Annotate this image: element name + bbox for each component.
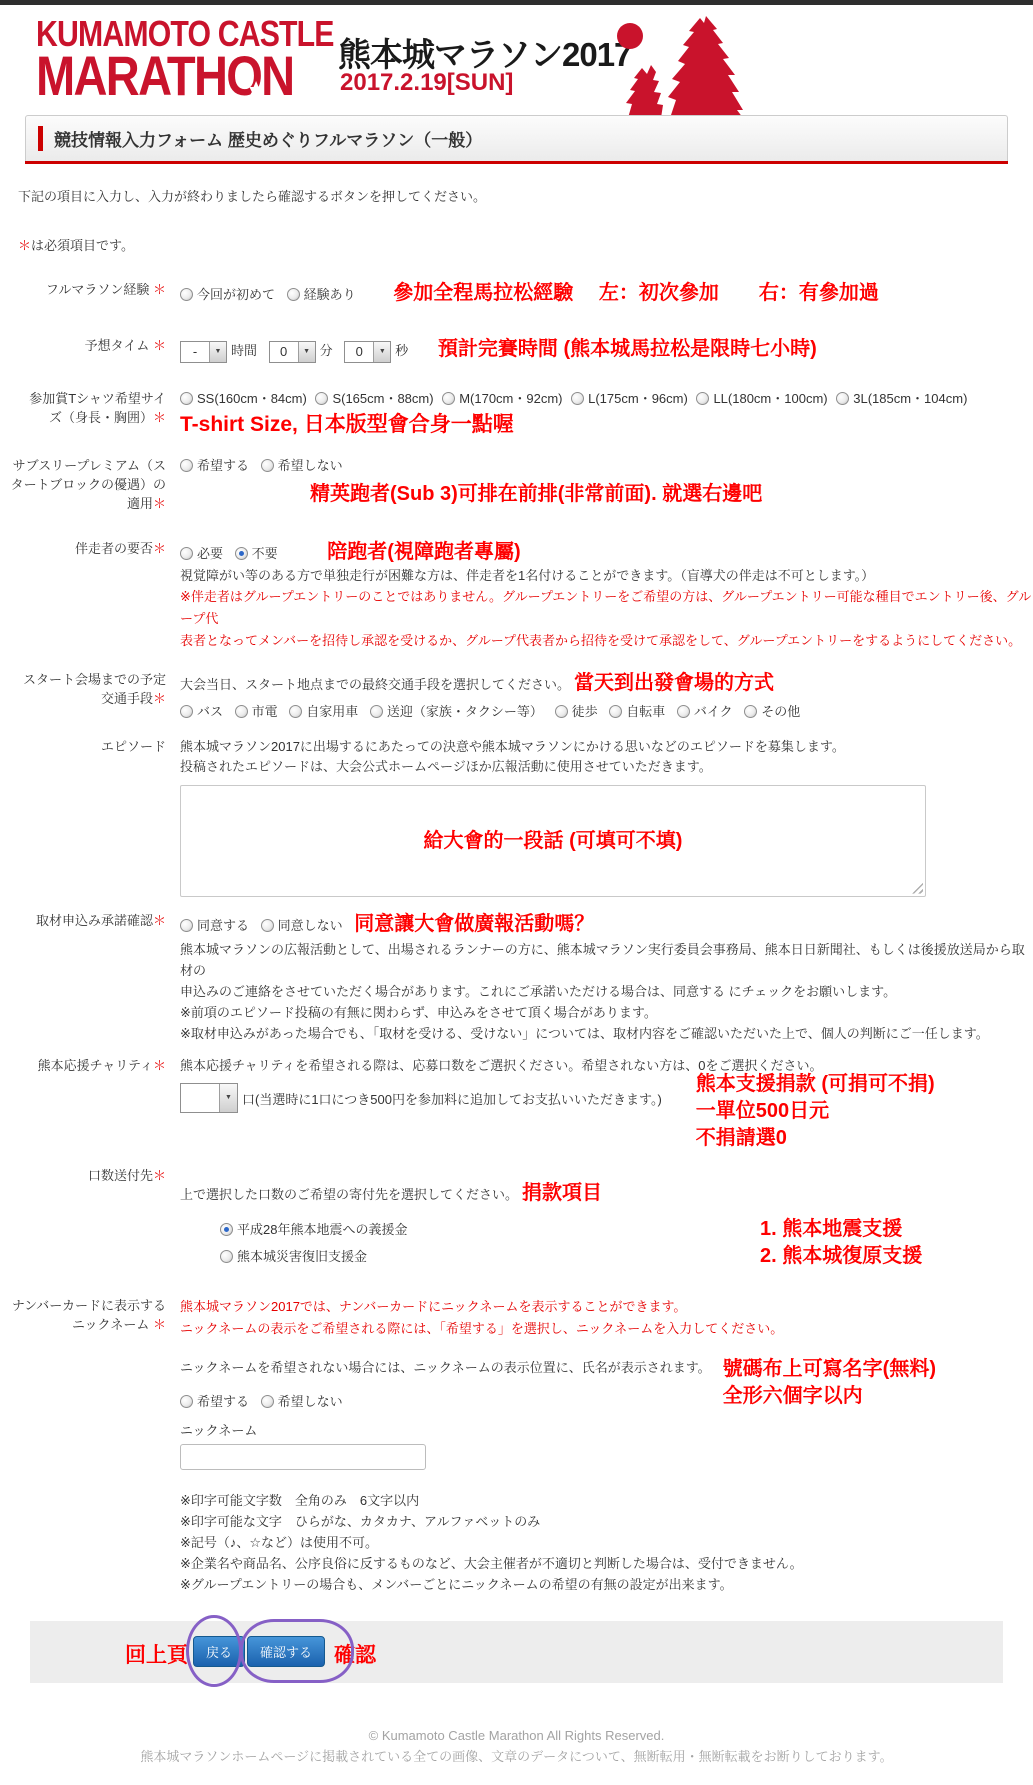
hour-unit-label: 時間 (231, 343, 257, 358)
radio-label[interactable]: S(165cm・88cm) (332, 391, 433, 406)
dropdown-arrow-icon[interactable]: ▼ (373, 342, 390, 362)
radio-label[interactable]: LL(180cm・100cm) (713, 391, 827, 406)
required-note: ＊は必須項目です。 (18, 235, 1033, 254)
annotation-time: 預計完賽時間 (熊本城馬拉松是限時七小時) (438, 338, 817, 360)
radio-consent-agree[interactable] (180, 919, 193, 932)
nickname-red-desc: ニックネームの表示をご希望される際には、「希望する」を選択し、ニックネームを入力… (180, 1318, 1033, 1340)
pacer-warning: 表者となってメンバーを招待し承認を受けるか、グループ代表者から招待を受けて承認を… (180, 630, 1033, 652)
page-header: KUMAMOTO CASTLE MARATHON 熊本城マラソン2017 201… (0, 5, 1033, 115)
confirm-button[interactable]: 確認する (247, 1636, 325, 1667)
field-label: 予想タイム ＊ (0, 336, 166, 363)
transport-options: バス 市電 自家用車 送迎（家族・タクシー等） 徒歩 自転車 バイク その他 (180, 702, 1033, 721)
footer-notice: 熊本城マラソンホームページに掲載されている全ての画像、文章のデータについて、無断… (0, 1746, 1033, 1767)
logo-line2: MARATHON (36, 50, 334, 102)
field-label: サブスリープレミアム（ス タートブロックの優遇）の 適用＊ (0, 456, 166, 513)
row-interview-consent: 取材申込み承諾確認＊ 同意する 同意しない 同意讓大會做廣報活動嗎？ 熊本城マラ… (0, 911, 1033, 1044)
annotation-interview: 同意讓大會做廣報活動嗎？ (354, 913, 594, 935)
pacer-note: 視覚障がい等のある方で単独走行が困難な方は、伴走者を1名付けることができます。（… (180, 565, 1033, 586)
radio-subthree-yes[interactable] (180, 459, 193, 472)
radio-size-l[interactable] (571, 392, 584, 405)
annotation-confirm: 確認 (334, 1639, 376, 1669)
nickname-red-desc: 熊本城マラソン2017では、ナンバーカードにニックネームを表示することができます… (180, 1296, 1033, 1318)
interview-note: ※前項のエピソード投稿の有無に関わらず、申込みをさせて頂く場合があります。 (180, 1002, 1033, 1023)
nickname-notes: ※印字可能文字数 全角のみ 6文字以内 ※印字可能な文字 ひらがな、カタカナ、ア… (180, 1490, 1033, 1595)
transport-instruction: 大会当日、スタート地点までの最終交通手段を選択してください。 (180, 677, 570, 692)
second-select[interactable]: 0▼ (344, 341, 391, 363)
dropdown-arrow-icon[interactable]: ▼ (209, 342, 226, 362)
field-label: 熊本応援チャリティ＊ (0, 1056, 166, 1152)
annotation-subthree: 精英跑者(Sub 3)可排在前排(非常前面). 就選右邊吧 (310, 481, 1033, 507)
radio-label[interactable]: 同意する (197, 918, 249, 933)
dropdown-arrow-icon[interactable]: ▼ (298, 342, 315, 362)
page-footer: © Kumamoto Castle Marathon All Rights Re… (0, 1725, 1033, 1785)
sun-circle-icon (617, 23, 643, 49)
radio-nickname-yes[interactable] (180, 1395, 193, 1408)
radio-size-m[interactable] (442, 392, 455, 405)
nickname-input-label: ニックネーム (180, 1421, 1033, 1440)
field-label: ナンバーカードに表示する ニックネーム ＊ (0, 1296, 166, 1595)
row-transport: スタート会場までの予定 交通手段＊ 大会当日、スタート地点までの最終交通手段を選… (0, 670, 1033, 721)
dropdown-arrow-icon[interactable]: ▼ (219, 1084, 237, 1112)
radio-label[interactable]: 希望する (197, 1394, 249, 1409)
donation-instruction: 上で選択した口数のご希望の寄付先を選択してください。 (180, 1187, 518, 1202)
interview-note: ※取材申込みがあった場合でも、「取材を受ける、受けない」については、取材内容をご… (180, 1023, 1033, 1044)
charity-units-select[interactable]: ▼ (180, 1083, 238, 1113)
interview-desc: 熊本城マラソンの広報活動として、出場されるランナーの方に、熊本城マラソン実行委員… (180, 939, 1033, 981)
back-button[interactable]: 戻る (193, 1636, 245, 1667)
nickname-input[interactable] (180, 1444, 426, 1470)
radio-label[interactable]: 自家用車 (306, 704, 358, 719)
radio-bus[interactable] (180, 705, 193, 718)
radio-consent-disagree[interactable] (261, 919, 274, 932)
red-divider (25, 161, 1008, 164)
donation-options: 平成28年熊本地震への義援金 熊本城災害復旧支援金 (220, 1216, 760, 1270)
annotation-tshirt: T-shirt Size, 日本版型會合身一點喔 (180, 412, 1033, 438)
radio-label[interactable]: その他 (761, 704, 800, 719)
annotation-donation-list: 1. 熊本地震支援 2. 熊本城復原支援 (760, 1216, 922, 1270)
annotation-experience: 參加全程馬拉松經驗 左：初次參加 右：有參加過 (393, 282, 879, 304)
minute-select[interactable]: 0▼ (269, 341, 316, 363)
row-nickname: ナンバーカードに表示する ニックネーム ＊ 熊本城マラソン2017では、ナンバー… (0, 1296, 1033, 1595)
radio-label[interactable]: バイク (694, 704, 733, 719)
radio-tram[interactable] (235, 705, 248, 718)
radio-experienced[interactable] (287, 288, 300, 301)
radio-dropoff[interactable] (370, 705, 383, 718)
resize-grip-icon[interactable] (912, 883, 923, 894)
episode-desc: 投稿されたエピソードは、大会公式ホームページほか広報活動に使用させていただきます… (180, 757, 1033, 777)
radio-label[interactable]: 平成28年熊本地震への義援金 (237, 1222, 407, 1237)
annotation-transport: 當天到出發會場的方式 (574, 672, 774, 694)
second-unit-label: 秒 (395, 343, 408, 358)
row-pacer: 伴走者の要否＊ 必要 不要 陪跑者(視障跑者專屬) 視覚障がい等のある方で単独走… (0, 539, 1033, 652)
radio-bicycle[interactable] (609, 705, 622, 718)
radio-pacer-needed[interactable] (180, 547, 193, 560)
interview-desc: 申込みのご連絡をさせていただく場合があります。これにご承諾いただける場合は、同意… (180, 981, 1033, 1002)
radio-own-car[interactable] (289, 705, 302, 718)
annotation-episode: 給大會的一段話 (可填可不填) (424, 828, 683, 854)
minute-unit-label: 分 (320, 343, 333, 358)
radio-castle-restoration-fund[interactable] (220, 1250, 233, 1263)
field-label: フルマラソン経験 ＊ (0, 280, 166, 306)
radio-size-s[interactable] (315, 392, 328, 405)
intro-text: 下記の項目に入力し、入力が終わりましたら確認するボタンを押してください。 (18, 186, 1033, 205)
episode-desc: 熊本城マラソン2017に出場するにあたっての決意や熊本城マラソンにかける思いなど… (180, 737, 1033, 757)
radio-label[interactable]: 3L(185cm・104cm) (853, 391, 967, 406)
radio-subthree-no[interactable] (261, 459, 274, 472)
form-title-bar: 競技情報入力フォーム 歴史めぐりフルマラソン（一般） (25, 115, 1008, 161)
radio-label[interactable]: 自転車 (626, 704, 665, 719)
annotation-nickname: 號碼布上可寫名字(無料) 全形六個字以内 (723, 1356, 936, 1410)
radio-label[interactable]: 必要 (197, 546, 223, 561)
radio-label[interactable]: バス (197, 704, 223, 719)
radio-walk[interactable] (555, 705, 568, 718)
radio-other[interactable] (744, 705, 757, 718)
row-donation-target: 口数送付先＊ 上で選択した口数のご希望の寄付先を選択してください。捐款項目 平成… (0, 1166, 1033, 1270)
copyright: © Kumamoto Castle Marathon All Rights Re… (0, 1725, 1033, 1746)
field-label: エピソード (0, 737, 166, 897)
annotation-pacer: 陪跑者(視障跑者專屬) (327, 541, 520, 563)
field-label: 口数送付先＊ (0, 1166, 166, 1270)
radio-nickname-no[interactable] (261, 1395, 274, 1408)
page-title: 競技情報入力フォーム 歴史めぐりフルマラソン（一般） (38, 126, 995, 151)
radio-label[interactable]: 希望しない (278, 458, 343, 473)
radio-label[interactable]: 経験あり (304, 287, 356, 302)
row-tshirt-size: 参加賞Tシャツ希望サイ ズ（身長・胸囲）＊ SS(160cm・84cm) S(1… (0, 389, 1033, 438)
annotation-charity: 熊本支援捐款 (可捐可不捐) 一單位500日元 不捐請選0 (696, 1071, 935, 1152)
hour-select[interactable]: -▼ (180, 341, 227, 363)
required-asterisk: ＊ (18, 238, 31, 253)
radio-label[interactable]: 今回が初めて (197, 287, 275, 302)
event-date: 2017.2.19[SUN] (340, 69, 513, 97)
radio-earthquake-fund[interactable] (220, 1223, 233, 1236)
radio-label[interactable]: 送迎（家族・タクシー等） (387, 704, 543, 719)
row-episode: エピソード 熊本城マラソン2017に出場するにあたっての決意や熊本城マラソンにか… (0, 737, 1033, 897)
field-label: 参加賞Tシャツ希望サイ ズ（身長・胸囲）＊ (0, 389, 166, 438)
field-label: スタート会場までの予定 交通手段＊ (0, 670, 166, 721)
pacer-warning: ※伴走者はグループエントリーのことではありません。グループエントリーをご希望の方… (180, 586, 1033, 630)
charity-unit-text: 口(当選時に1口につき500円を参加料に追加してお支払いいただきます。) (242, 1090, 662, 1109)
field-label: 伴走者の要否＊ (0, 539, 166, 652)
radio-size-ss[interactable] (180, 392, 193, 405)
castle-silhouette-icon (608, 15, 758, 121)
radio-first-time[interactable] (180, 288, 193, 301)
radio-size-ll[interactable] (696, 392, 709, 405)
radio-label[interactable]: 市電 (252, 704, 278, 719)
action-button-band: 回上頁 戻る 確認する 確認 (30, 1621, 1003, 1683)
radio-size-3l[interactable] (836, 392, 849, 405)
radio-label[interactable]: 熊本城災害復旧支援金 (237, 1249, 367, 1264)
radio-label[interactable]: M(170cm・92cm) (459, 391, 562, 406)
radio-label[interactable]: SS(160cm・84cm) (197, 391, 307, 406)
field-label: 取材申込み承諾確認＊ (0, 911, 166, 1044)
episode-textarea[interactable]: 給大會的一段話 (可填可不填) (180, 785, 926, 897)
radio-label[interactable]: 希望する (197, 458, 249, 473)
row-subthree-premium: サブスリープレミアム（ス タートブロックの優遇）の 適用＊ 希望する 希望しない… (0, 456, 1033, 513)
radio-label[interactable]: L(175cm・96cm) (588, 391, 688, 406)
radio-label[interactable]: 徒歩 (572, 704, 598, 719)
radio-label[interactable]: 不要 (252, 546, 278, 561)
radio-label[interactable]: 同意しない (278, 918, 343, 933)
annotation-back: 回上頁 (125, 1639, 188, 1669)
castle-in-o-icon (246, 66, 266, 118)
annotation-donation-title: 捐款項目 (522, 1182, 602, 1204)
radio-label[interactable]: 希望しない (278, 1394, 343, 1409)
radio-motorbike[interactable] (677, 705, 690, 718)
row-marathon-experience: フルマラソン経験 ＊ 今回が初めて 経験あり 參加全程馬拉松經驗 左：初次參加 … (0, 280, 1033, 306)
radio-pacer-not-needed[interactable] (235, 547, 248, 560)
row-charity: 熊本応援チャリティ＊ 熊本応援チャリティを希望される際は、応募口数をご選択くださ… (0, 1056, 1033, 1152)
tshirt-options: SS(160cm・84cm) S(165cm・88cm) M(170cm・92c… (180, 389, 1033, 408)
row-expected-time: 予想タイム ＊ -▼時間 0▼分 0▼秒 預計完賽時間 (熊本城馬拉松是限時七小… (0, 336, 1033, 363)
